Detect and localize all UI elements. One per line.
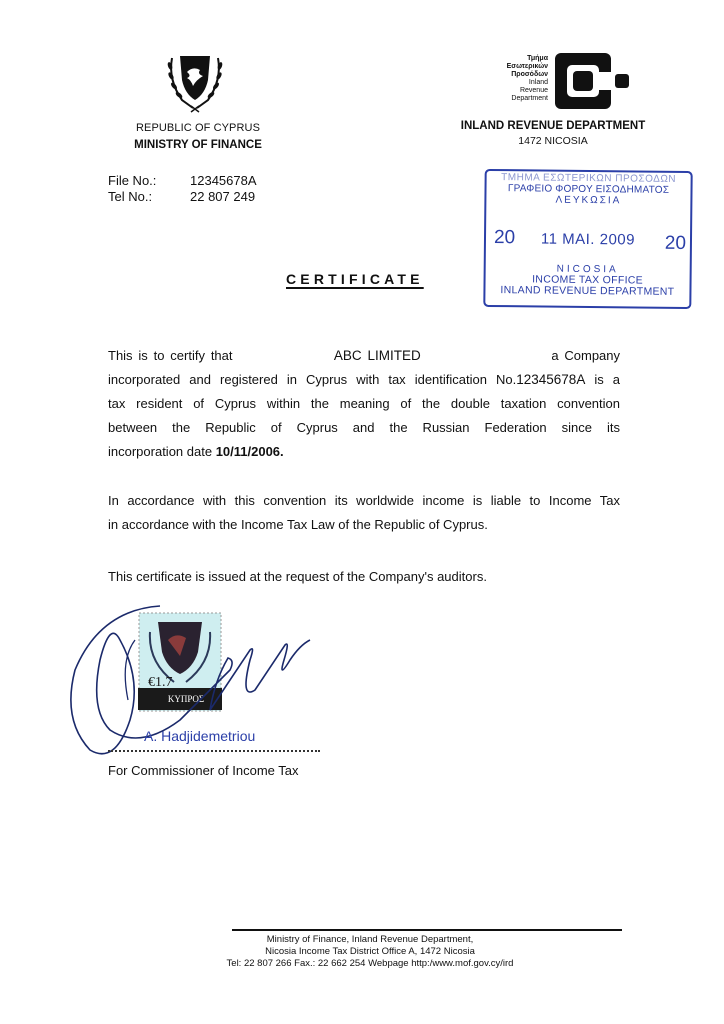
footer-rule [232, 929, 622, 931]
stamp-date: 11 MAI. 2009 [486, 230, 690, 249]
ird-title: INLAND REVENUE DEPARTMENT [448, 120, 658, 132]
incorporation-date: 10/11/2006. [216, 444, 284, 459]
file-no-value: 12345678A [190, 173, 257, 188]
p1-line5: incorporation date 10/11/2006. [108, 440, 620, 464]
ird-english-name: Inland Revenue Department [478, 79, 548, 103]
file-no-label: File No.: [108, 173, 156, 188]
stamp-right-number: 20 [665, 233, 686, 255]
certification-paragraph: This is to certify that ABC LIMITED a Co… [108, 344, 620, 464]
footer-line3: Tel: 22 807 266 Fax.: 22 662 254 Webpage… [200, 958, 540, 969]
income-tax-paragraph: In accordance with this convention its w… [108, 489, 620, 537]
tax-id-value: 12345678A [516, 372, 585, 387]
cyprus-coat-of-arms-icon [160, 50, 230, 115]
company-name: ABC LIMITED [332, 348, 423, 363]
p1-line4: between the Republic of Cyprus and the R… [108, 416, 620, 440]
tel-no-value: 22 807 249 [190, 189, 255, 204]
ird-greek-name: Τμήμα Εσωτερικών Προσόδων [488, 55, 548, 79]
republic-label: REPUBLIC OF CYPRUS [118, 122, 278, 134]
certificate-title: CERTIFICATE [286, 271, 424, 287]
p1-line1: This is to certify that ABC LIMITED a Co… [108, 344, 620, 368]
footer-line1: Ministry of Finance, Inland Revenue Depa… [200, 934, 540, 945]
stamp-greek-line3: ΛΕΥΚΩΣΙΑ [486, 194, 690, 207]
stamp-english-line3: INLAND REVENUE DEPARTMENT [485, 284, 689, 298]
p2-line2: in accordance with the Income Tax Law of… [108, 513, 620, 537]
official-date-stamp: ΤΜΗΜΑ ΕΣΩΤΕΡΙΚΩΝ ΠΡΟΣΟΔΩΝ ΓΡΑΦΕΙΟ ΦΟΡΟΥ … [483, 169, 692, 309]
signature-dotted-line [108, 750, 320, 752]
ministry-label: MINISTRY OF FINANCE [118, 139, 278, 151]
p2-line1: In accordance with this convention its w… [108, 489, 620, 513]
inland-revenue-logo-icon [553, 52, 633, 110]
footer-line2: Nicosia Income Tax District Office A, 14… [200, 946, 540, 957]
request-paragraph: This certificate is issued at the reques… [108, 565, 620, 589]
signer-role: For Commissioner of Income Tax [108, 763, 299, 778]
p1-line2: incorporated and registered in Cyprus wi… [108, 368, 620, 392]
ird-city: 1472 NICOSIA [448, 135, 658, 147]
p1-line3: tax resident of Cyprus within the meanin… [108, 392, 620, 416]
tel-no-label: Tel No.: [108, 189, 152, 204]
signer-name: A. Hadjidemetriou [144, 728, 255, 744]
